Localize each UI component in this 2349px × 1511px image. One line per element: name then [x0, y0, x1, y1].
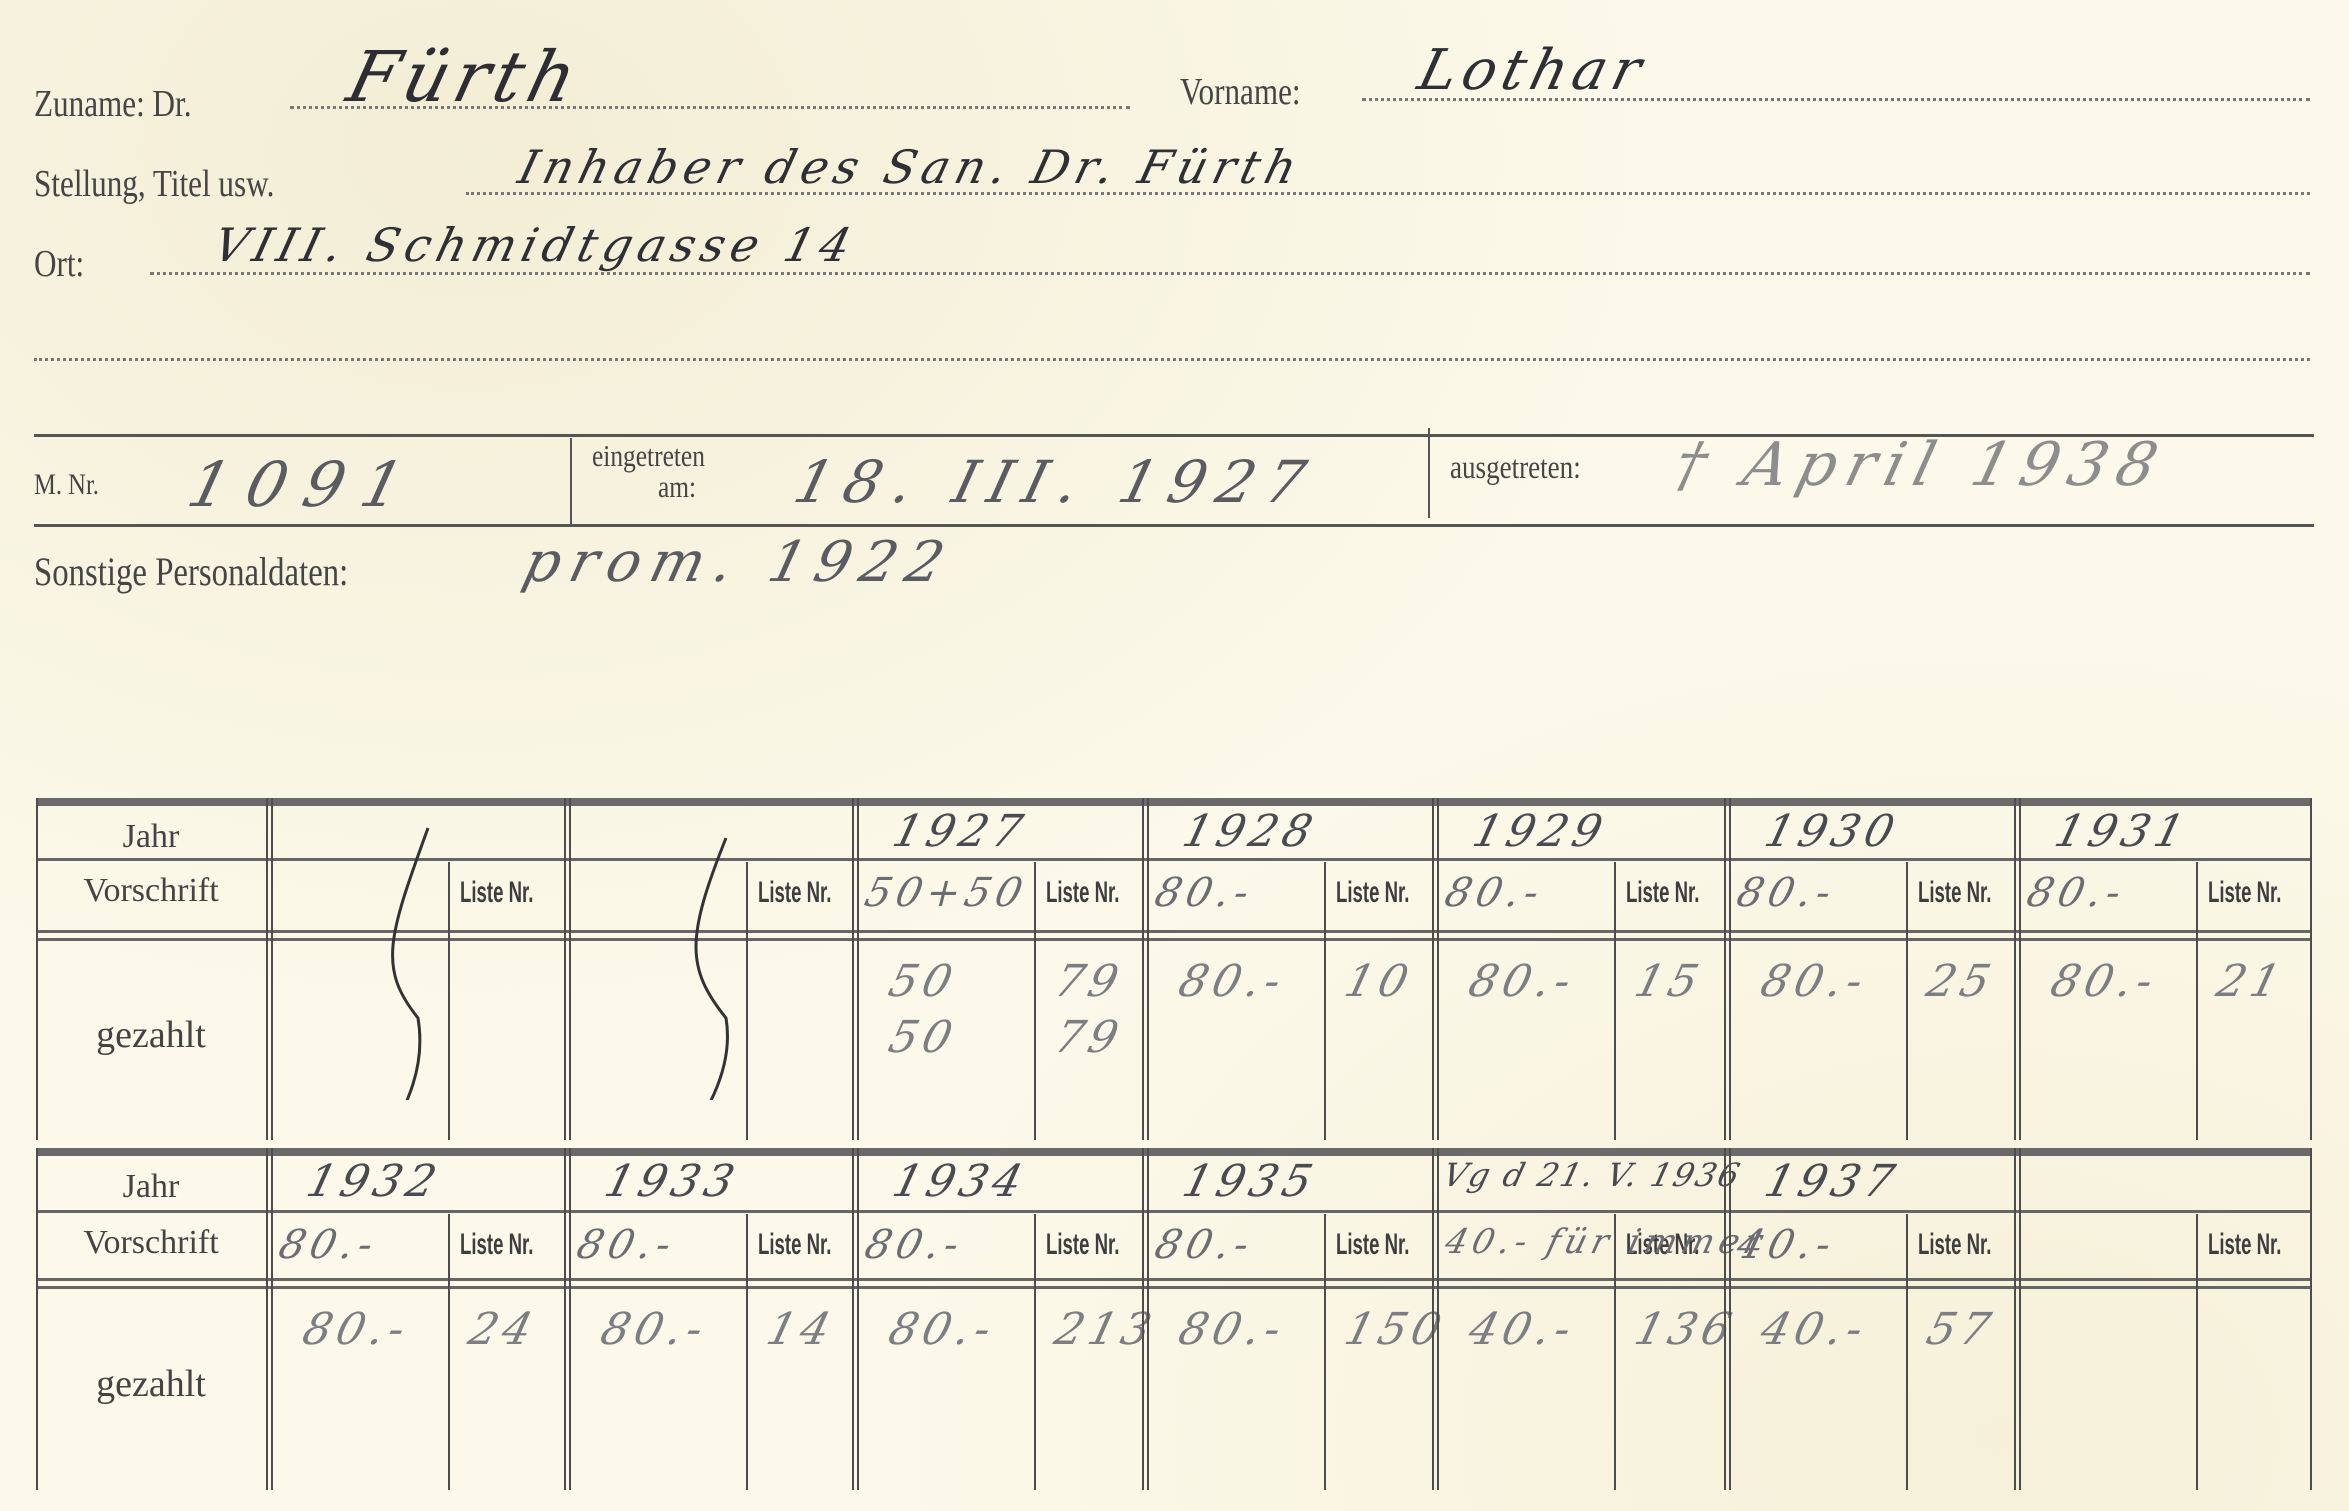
- prescribed-value: 80.-: [1150, 870, 1259, 916]
- ledger-list-no-divider: [2196, 862, 2198, 1140]
- list-no-label: Liste Nr.: [1046, 876, 1119, 910]
- year-value: 1927: [888, 806, 1033, 857]
- paid-value: 80.-: [2046, 956, 2164, 1007]
- paid-value: 80.-: [596, 1304, 714, 1355]
- ledger-year-column-divider: [1432, 798, 1439, 1140]
- paid-value: 80.-: [1174, 1304, 1292, 1355]
- list-no-label: Liste Nr.: [1918, 1228, 1991, 1262]
- row-label-paid: gezahlt: [36, 1013, 266, 1057]
- list-no-value: 79: [1050, 956, 1129, 1007]
- ledger-list-no-divider: [2196, 1214, 2198, 1490]
- year-value: 1934: [888, 1156, 1033, 1207]
- paid-value: 80.-: [884, 1304, 1002, 1355]
- list-no-value: 79: [1050, 1012, 1129, 1063]
- ledger-block-2-prescribed-rule-b: [36, 1286, 2312, 1289]
- prescribed-value: 80.-: [1732, 870, 1841, 916]
- ledger-year-column-divider: [266, 798, 273, 1140]
- prescribed-value: 80.-: [2022, 870, 2131, 916]
- list-no-label: Liste Nr.: [1336, 876, 1409, 910]
- paid-value: 50: [884, 1012, 963, 1063]
- ledger-year-column-divider: [1724, 1148, 1731, 1490]
- paid-value: 80.-: [1464, 956, 1582, 1007]
- row-label-year: Jahr: [36, 818, 266, 856]
- list-no-label: Liste Nr.: [1046, 1228, 1119, 1262]
- paid-value: 80.-: [298, 1304, 416, 1355]
- list-no-value: 25: [1922, 956, 2001, 1007]
- ledger-right-border: [2310, 1148, 2312, 1490]
- paid-value: 40.-: [1756, 1304, 1874, 1355]
- strike-brace-icon: [358, 818, 478, 1100]
- year-value: Vg d 21. V. 1936: [1439, 1156, 1745, 1194]
- strike-brace-icon: [656, 818, 776, 1100]
- paid-value: 40.-: [1464, 1304, 1582, 1355]
- ledger-right-border: [2310, 798, 2312, 1140]
- ledger-year-column-divider: [852, 798, 859, 1140]
- ledger-list-no-divider: [1906, 862, 1908, 1140]
- membership-index-card: Zuname: Dr. Fürth Vorname: Lothar Stellu…: [0, 0, 2349, 1511]
- ledger-year-column-divider: [2014, 1148, 2021, 1490]
- year-value: 1932: [302, 1156, 447, 1207]
- list-no-value: 15: [1630, 956, 1709, 1007]
- row-label-paid: gezahlt: [36, 1362, 266, 1406]
- list-no-value: 24: [464, 1304, 543, 1355]
- paid-value: 80.-: [1756, 956, 1874, 1007]
- paid-value: 80.-: [1174, 956, 1292, 1007]
- ledger-year-column-divider: [564, 798, 571, 1140]
- ledger-block-2-top-rule: [36, 1148, 2312, 1156]
- ledger-list-no-divider: [1324, 862, 1326, 1140]
- ledger-year-column-divider: [852, 1148, 859, 1490]
- year-value: 1930: [1760, 806, 1905, 857]
- ledger-list-no-divider: [1034, 1214, 1036, 1490]
- year-value: 1929: [1468, 806, 1613, 857]
- year-value: 1937: [1760, 1156, 1905, 1207]
- ledger-list-no-divider: [1906, 1214, 1908, 1490]
- list-no-value: 21: [2212, 956, 2291, 1007]
- list-no-label: Liste Nr.: [1918, 876, 1991, 910]
- prescribed-value: 80.-: [1440, 870, 1549, 916]
- ledger-list-no-divider: [448, 1214, 450, 1490]
- ledger-year-column-divider: [266, 1148, 273, 1490]
- year-value: 1931: [2050, 806, 2195, 857]
- list-no-value: 14: [762, 1304, 841, 1355]
- year-value: 1933: [600, 1156, 745, 1207]
- prescribed-value: 80.-: [572, 1222, 681, 1268]
- list-no-label: Liste Nr.: [2208, 1228, 2281, 1262]
- list-no-label: Liste Nr.: [1626, 876, 1699, 910]
- ledger-list-no-divider: [1614, 862, 1616, 1140]
- ledger-block-1-top-rule: [36, 798, 2312, 806]
- list-no-label: Liste Nr.: [2208, 876, 2281, 910]
- list-no-value: 10: [1340, 956, 1419, 1007]
- dues-ledger-table: JahrVorschriftgezahltListe Nr.Liste Nr.L…: [36, 0, 2312, 1511]
- ledger-list-no-divider: [1034, 862, 1036, 1140]
- list-no-label: Liste Nr.: [758, 1228, 831, 1262]
- ledger-year-column-divider: [1142, 1148, 1149, 1490]
- year-value: 1935: [1178, 1156, 1323, 1207]
- ledger-block-2-year-rule: [36, 1210, 2312, 1213]
- ledger-year-column-divider: [2014, 798, 2021, 1140]
- ledger-year-column-divider: [1724, 798, 1731, 1140]
- prescribed-value: 80.-: [274, 1222, 383, 1268]
- ledger-list-no-divider: [746, 1214, 748, 1490]
- prescribed-value: 80.-: [860, 1222, 969, 1268]
- paid-value: 50: [884, 956, 963, 1007]
- prescribed-value: 50+50: [860, 870, 1032, 916]
- row-label-year: Jahr: [36, 1168, 266, 1206]
- list-no-label: Liste Nr.: [460, 1228, 533, 1262]
- ledger-list-no-divider: [1324, 1214, 1326, 1490]
- ledger-block-2-prescribed-rule-a: [36, 1278, 2312, 1281]
- ledger-year-column-divider: [1432, 1148, 1439, 1490]
- year-value: 1928: [1178, 806, 1323, 857]
- prescribed-value: 40.- für immer: [1441, 1222, 1771, 1262]
- prescribed-value: 80.-: [1150, 1222, 1259, 1268]
- row-label-prescribed: Vorschrift: [36, 872, 266, 910]
- list-no-value: 57: [1922, 1304, 2001, 1355]
- prescribed-value: 40.-: [1732, 1222, 1841, 1268]
- ledger-year-column-divider: [564, 1148, 571, 1490]
- list-no-label: Liste Nr.: [1336, 1228, 1409, 1262]
- row-label-prescribed: Vorschrift: [36, 1224, 266, 1262]
- ledger-year-column-divider: [1142, 798, 1149, 1140]
